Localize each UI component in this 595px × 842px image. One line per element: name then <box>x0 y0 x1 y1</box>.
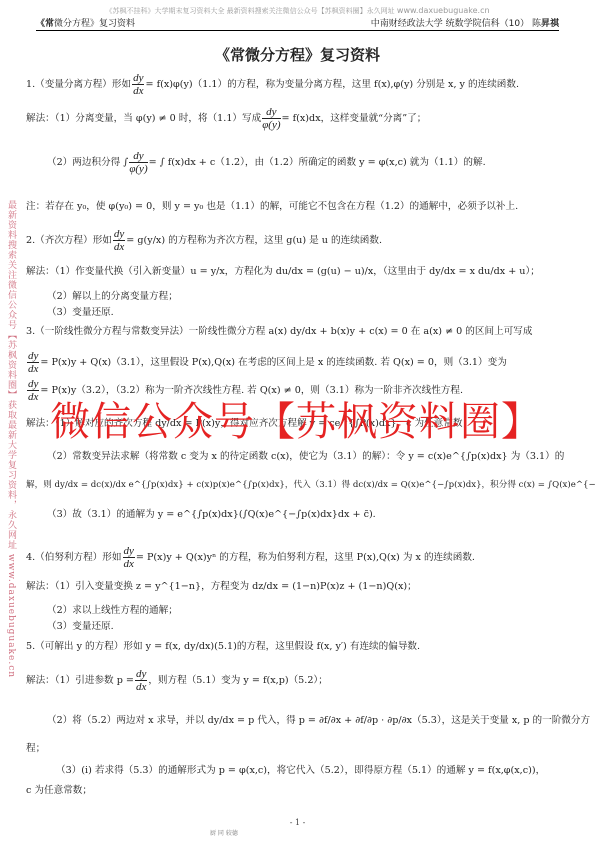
footer-note: 厨 同 较德 <box>210 828 238 837</box>
header-left: 《常微分方程》复习资料 <box>36 16 135 29</box>
line-8: （3）变量还原. <box>47 306 114 320</box>
line-13: （2）常数变异法求解（将常数 c 变为 x 的待定函数 c(x)，使它为（3.1… <box>47 450 564 464</box>
line-9: 3.（一阶线性微分方程与常数变异法）一阶线性微分方程 a(x) dy/dx + … <box>26 325 532 339</box>
line-21: 解法：（1）引进参数 p =dydx，则方程（5.1）变为 y = f(x,p)… <box>26 668 328 693</box>
header-right: 中南财经政法大学 统数学院信科（10） 陈昇祺 <box>371 16 559 29</box>
line-7: （2）解以上的分离变量方程； <box>47 290 178 304</box>
line-1: 1.（变量分离方程）形如dydx= f(x)φ(y)（1.1）的方程，称为变量分… <box>26 72 519 97</box>
line-10: dydx= P(x)y + Q(x)（3.1），这里假设 P(x),Q(x) 在… <box>26 350 507 375</box>
line-19: （3）变量还原. <box>47 620 114 634</box>
line-25: c 为任意常数； <box>26 784 92 798</box>
line-2: 解法：（1）分离变量，当 φ(y) ≠ 0 时，将（1.1）写成dyφ(y)= … <box>26 106 426 131</box>
page-title: 《常微分方程》复习资料 <box>0 44 595 65</box>
line-6: 解法：（1）作变量代换（引入新变量）u = y/x，方程化为 du/dx = (… <box>26 265 540 279</box>
line-16: 4.（伯努利方程）形如dydx= P(x)y + Q(x)yⁿ 的方程，称为伯努… <box>26 545 475 570</box>
line-23: 程； <box>26 742 45 756</box>
line-18: （2）求以上线性方程的通解； <box>47 604 178 618</box>
page-number: - 1 - <box>0 818 595 827</box>
line-14: 解，则 dy/dx = dc(x)/dx e^{∫p(x)dx} + c(x)p… <box>26 478 595 492</box>
line-5: 2.（齐次方程）形如dydx= g(y/x) 的方程称为齐次方程，这里 g(u)… <box>26 228 382 253</box>
red-watermark-banner: 微信公众号【苏枫资料圈】 <box>50 390 542 447</box>
promo-url[interactable]: www.daxuebuguake.cn <box>397 6 490 15</box>
line-3: （2）两边积分得 ∫dyφ(y)= ∫ f(x)dx + c（1.2），由（1.… <box>47 150 486 175</box>
side-watermark: 最新资料搜索关注微信公众号【苏枫资料圈】获取最新大学复习资料，永久网址 www.… <box>6 200 18 678</box>
line-4: 注：若存在 y₀，使 φ(y₀) = 0，则 y = y₀ 也是（1.1）的解，… <box>26 200 518 214</box>
top-promo-note: 《苏枫不挂科》大学期末复习资料大全 最新资料搜索关注微信公众号【苏枫资料圈】永久… <box>0 6 595 16</box>
line-24: （3）(i) 若求得（5.3）的通解形式为 p = φ(x,c)，将它代入（5.… <box>56 764 545 778</box>
line-22: （2）将（5.2）两边对 x 求导，并以 dy/dx = p 代入，得 p = … <box>47 714 590 728</box>
running-header: 《常微分方程》复习资料 中南财经政法大学 统数学院信科（10） 陈昇祺 <box>36 17 559 31</box>
line-15: （3）故（3.1）的通解为 y = e^{∫p(x)dx}(∫Q(x)e^{−∫… <box>47 508 376 522</box>
line-20: 5.（可解出 y 的方程）形如 y = f(x, dy/dx)(5.1)的方程，… <box>26 640 420 654</box>
line-17: 解法：（1）引入变量变换 z = y^{1−n}，方程变为 dz/dx = (1… <box>26 580 417 594</box>
